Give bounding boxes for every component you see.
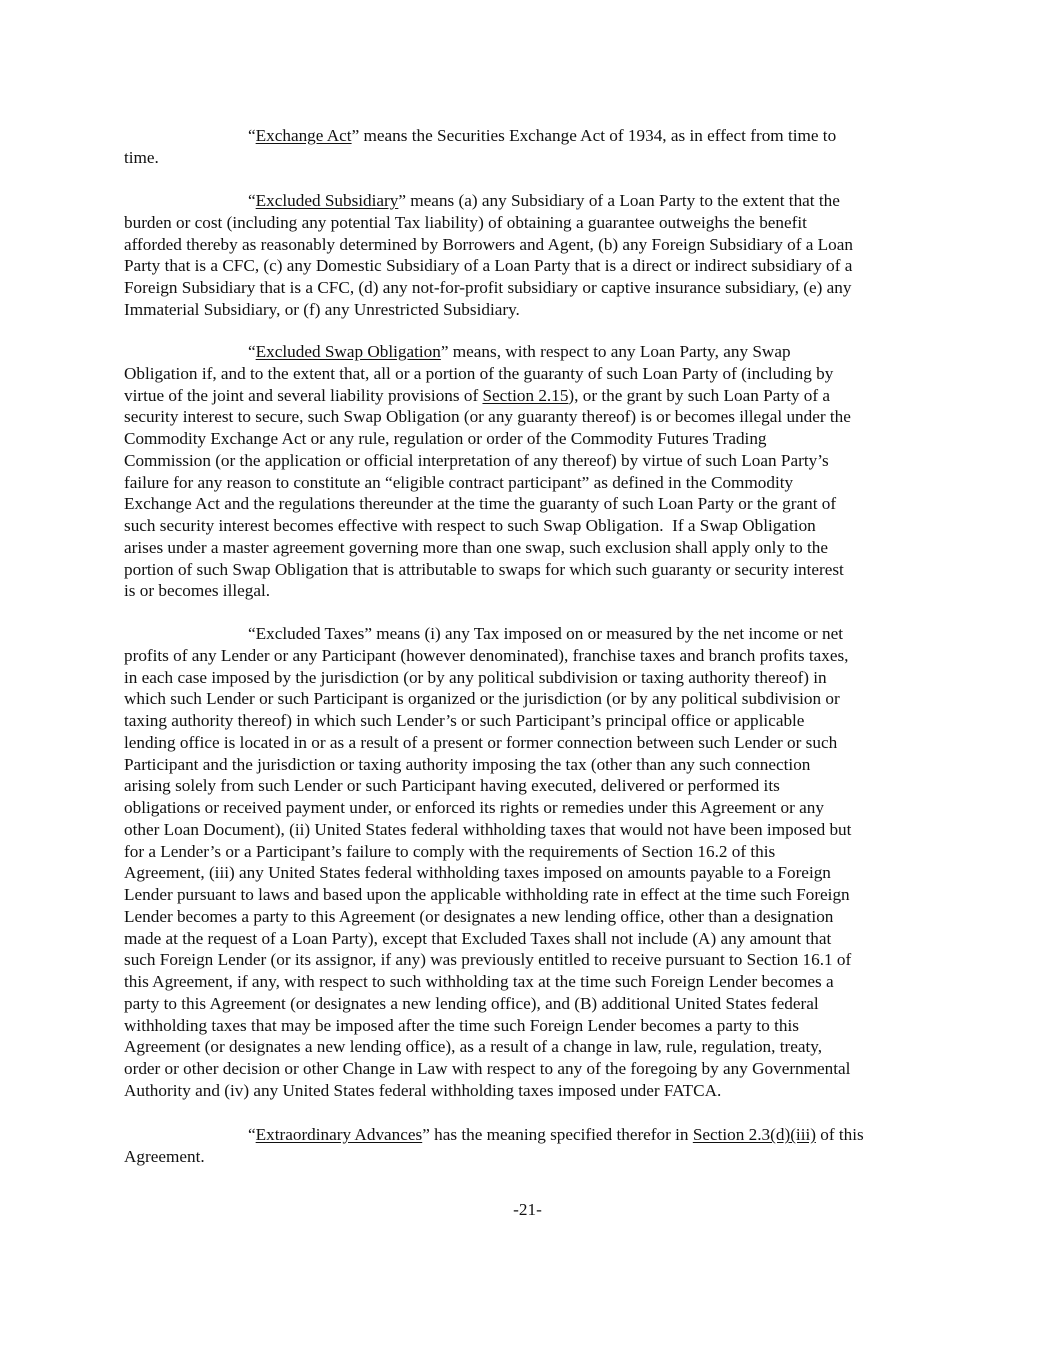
definition-line: time.	[124, 147, 934, 169]
definition-line: Lender pursuant to laws and based upon t…	[124, 884, 934, 906]
section-reference-link[interactable]: Section 2.15	[482, 386, 568, 405]
definition-line: “Excluded Subsidiary” means (a) any Subs…	[124, 190, 934, 212]
definition-line: such security interest becomes effective…	[124, 515, 934, 537]
definition-line: is or becomes illegal.	[124, 580, 934, 602]
definition-line: burden or cost (including any potential …	[124, 212, 934, 234]
definition-line: Foreign Subsidiary that is a CFC, (d) an…	[124, 277, 934, 299]
definition-excluded-taxes: “Excluded Taxes” means (i) any Tax impos…	[124, 623, 934, 1102]
definition-line: lending office is located in or as a res…	[124, 732, 934, 754]
defined-term: Excluded Subsidiary	[256, 191, 399, 210]
definition-line: arises under a master agreement governin…	[124, 537, 934, 559]
definition-line: party to this Agreement (or designates a…	[124, 993, 934, 1015]
definition-line: Agreement.	[124, 1146, 934, 1168]
definition-line: in each case imposed by the jurisdiction…	[124, 667, 934, 689]
definition-line: this Agreement, if any, with respect to …	[124, 971, 934, 993]
defined-term: Exchange Act	[256, 126, 352, 145]
defined-term: Excluded Swap Obligation	[256, 342, 441, 361]
defined-term: Extraordinary Advances	[256, 1125, 423, 1144]
definition-line: profits of any Lender or any Participant…	[124, 645, 934, 667]
definition-line: Exchange Act and the regulations thereun…	[124, 493, 934, 515]
definition-line: afforded thereby as reasonably determine…	[124, 234, 934, 256]
definition-excluded-subsidiary: “Excluded Subsidiary” means (a) any Subs…	[124, 190, 934, 321]
definition-line: taxing authority thereof) in which such …	[124, 710, 934, 732]
definition-line: obligations or received payment under, o…	[124, 797, 934, 819]
definition-excluded-swap-obligation: “Excluded Swap Obligation” means, with r…	[124, 341, 934, 602]
definition-line: Authority and (iv) any United States fed…	[124, 1080, 934, 1102]
definition-line: Party that is a CFC, (c) any Domestic Su…	[124, 255, 934, 277]
definition-line: “Exchange Act” means the Securities Exch…	[124, 125, 934, 147]
definition-line: Commission (or the application or offici…	[124, 450, 934, 472]
definition-line: Commodity Exchange Act or any rule, regu…	[124, 428, 934, 450]
definition-line: “Excluded Swap Obligation” means, with r…	[124, 341, 934, 363]
definition-line: made at the request of a Loan Party), ex…	[124, 928, 934, 950]
definition-exchange-act: “Exchange Act” means the Securities Exch…	[124, 125, 934, 169]
definition-line: order or other decision or other Change …	[124, 1058, 934, 1080]
page-number: -21-	[0, 1199, 1055, 1221]
definition-line: Obligation if, and to the extent that, a…	[124, 363, 934, 385]
definition-line: arising solely from such Lender or such …	[124, 775, 934, 797]
definition-line: withholding taxes that may be imposed af…	[124, 1015, 934, 1037]
definition-line: which such Lender or such Participant is…	[124, 688, 934, 710]
definition-line: “Excluded Taxes” means (i) any Tax impos…	[124, 623, 934, 645]
definition-line: portion of such Swap Obligation that is …	[124, 559, 934, 581]
definition-line: virtue of the joint and several liabilit…	[124, 385, 934, 407]
definition-line: Lender becomes a party to this Agreement…	[124, 906, 934, 928]
definition-line: Agreement (or designates a new lending o…	[124, 1036, 934, 1058]
definition-line: Agreement, (iii) any United States feder…	[124, 862, 934, 884]
definition-extraordinary-advances: “Extraordinary Advances” has the meaning…	[124, 1124, 934, 1168]
section-reference-link[interactable]: Section 2.3(d)(iii)	[693, 1125, 816, 1144]
definition-line: other Loan Document), (ii) United States…	[124, 819, 934, 841]
definition-line: for a Lender’s or a Participant’s failur…	[124, 841, 934, 863]
definition-line: Immaterial Subsidiary, or (f) any Unrest…	[124, 299, 934, 321]
definition-line: security interest to secure, such Swap O…	[124, 406, 934, 428]
definition-line: such Foreign Lender (or its assignor, if…	[124, 949, 934, 971]
definition-line: Participant and the jurisdiction or taxi…	[124, 754, 934, 776]
document-page: “Exchange Act” means the Securities Exch…	[0, 0, 1055, 1365]
definition-line: failure for any reason to constitute an …	[124, 472, 934, 494]
definition-line: “Extraordinary Advances” has the meaning…	[124, 1124, 934, 1146]
